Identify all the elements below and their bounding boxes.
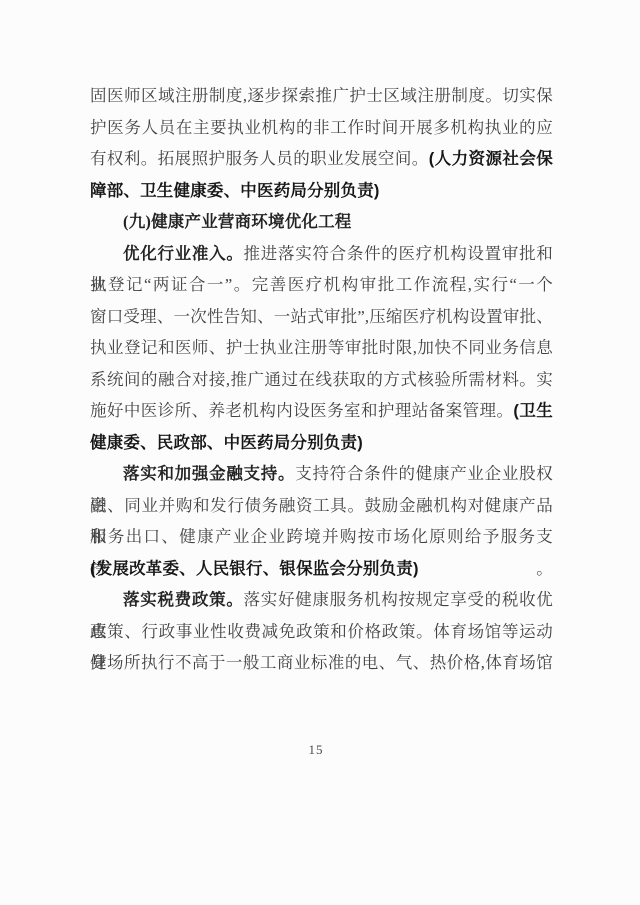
responsible-agency-text: (人力资源社会保 [429, 150, 553, 168]
body-text: 施好中医诊所、养老机构内设医务室和护理站备案管理。 [90, 401, 513, 420]
text-line: 护医务人员在主要执业机构的非工作时间开展多机构执业的应 [90, 112, 553, 144]
text-line: 落实和加强金融支持。支持符合条件的健康产业企业股权融 [90, 458, 553, 490]
responsible-agency-text: (卫生 [513, 402, 553, 420]
body-text: 系统间的融合对接,推广通过在线获取的方式核验所需材料。实 [90, 370, 553, 389]
lead-phrase-text: 优化行业准入。 [123, 244, 244, 263]
body-text: 有权利。拓展照护服务人员的职业发展空间。 [90, 149, 429, 168]
text-line: 施好中医诊所、养老机构内设医务室和护理站备案管理。(卫生 [90, 395, 553, 427]
text-line: (九)健康产业营商环境优化工程 [90, 206, 553, 238]
text-line: 有权利。拓展照护服务人员的职业发展空间。(人力资源社会保 [90, 143, 553, 175]
text-line: 资、同业并购和发行债务融资工具。鼓励金融机构对健康产品和 [90, 490, 553, 522]
text-line: 业登记“两证合一”。完善医疗机构审批工作流程,实行“一个 [90, 269, 553, 301]
text-line: 健康委、民政部、中医药局分别负责) [90, 427, 553, 459]
lead-phrase-text: (九)健康产业营商环境优化工程 [123, 212, 352, 231]
body-text: 身场所执行不高于一般工商业标准的电、气、热价格,体育场馆 [90, 653, 553, 672]
responsible-agency-text: (发展改革委、人民银行、银保监会分别负责) [90, 560, 419, 578]
text-line: 政策、行政事业性收费减免政策和价格政策。体育场馆等运动健 [90, 616, 553, 648]
body-text: 业登记“两证合一”。完善医疗机构审批工作流程,实行“一个 [90, 275, 553, 294]
responsible-agency-text: 健康委、民政部、中医药局分别负责) [90, 434, 363, 452]
text-line: 固医师区域注册制度,逐步探索推广护士区域注册制度。切实保 [90, 80, 553, 112]
page-number: 15 [0, 742, 632, 758]
body-text: 护医务人员在主要执业机构的非工作时间开展多机构执业的应 [90, 118, 553, 137]
text-line: 障部、卫生健康委、中医药局分别负责) [90, 175, 553, 207]
text-line: 落实税费政策。落实好健康服务机构按规定享受的税收优惠 [90, 584, 553, 616]
body-text: 固医师区域注册制度,逐步探索推广护士区域注册制度。切实保 [90, 86, 553, 105]
text-line: 系统间的融合对接,推广通过在线获取的方式核验所需材料。实 [90, 364, 553, 396]
text-line: 窗口受理、一次性告知、一站式审批”,压缩医疗机构设置审批、 [90, 301, 553, 333]
responsible-agency-text: 障部、卫生健康委、中医药局分别负责) [90, 182, 380, 200]
document-body: 固医师区域注册制度,逐步探索推广护士区域注册制度。切实保护医务人员在主要执业机构… [90, 80, 553, 679]
text-line: 服务出口、健康产业企业跨境并购按市场化原则给予服务支持。 [90, 521, 553, 553]
body-text: 执业登记和医师、护士执业注册等审批时限,加快不同业务信息 [90, 338, 553, 357]
lead-phrase-text: 落实和加强金融支持。 [123, 464, 295, 483]
body-text: 窗口受理、一次性告知、一站式审批”,压缩医疗机构设置审批、 [90, 307, 553, 326]
text-line: 执业登记和医师、护士执业注册等审批时限,加快不同业务信息 [90, 332, 553, 364]
text-line: 身场所执行不高于一般工商业标准的电、气、热价格,体育场馆 [90, 647, 553, 679]
lead-phrase-text: 落实税费政策。 [123, 590, 244, 609]
document-page: 固医师区域注册制度,逐步探索推广护士区域注册制度。切实保护医务人员在主要执业机构… [0, 0, 640, 905]
text-line: 优化行业准入。推进落实符合条件的医疗机构设置审批和执 [90, 238, 553, 270]
